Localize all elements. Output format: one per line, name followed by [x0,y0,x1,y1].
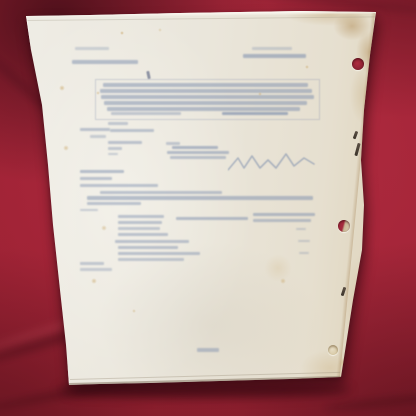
paper-left-edge-highlight [24,16,70,386]
bleed-text-line [118,233,168,236]
bleed-text-line [111,112,181,115]
punch-hole [328,345,338,355]
bleed-text-line [107,107,300,111]
bleed-text-line [118,227,160,230]
punch-hole [352,58,364,70]
bleed-text-line [298,240,310,242]
foxing-spot [63,145,69,151]
photo-frame [0,0,416,416]
bleed-text-line [108,122,128,125]
bleed-text-line [108,141,142,144]
bleed-text-line [104,101,307,105]
bleed-text-line [170,156,226,159]
bleed-text-line [222,112,288,115]
bleed-text-line [80,262,104,265]
bleed-text-line [80,184,158,187]
bleed-text-line [118,221,162,224]
bleed-text-line [100,89,312,93]
bleed-text-line [118,246,178,249]
bleed-text-line [80,209,98,211]
foxing-spot [305,65,309,69]
bleed-text-line [72,60,138,64]
foxing-spot [158,28,162,32]
bleed-text-line [90,135,106,138]
bleed-text-line [80,177,112,180]
foxing-spot [96,91,100,95]
bleed-text-line [172,146,218,149]
bleed-text-line [108,147,122,150]
bleed-text-line [80,128,110,131]
bleed-text-line [108,153,118,155]
document-paper-wrap [0,0,416,416]
bleed-text-line [167,151,229,154]
bleed-text-line [87,196,313,200]
signature-squiggle-bleed [228,148,320,174]
bleed-text-line [197,348,219,352]
bleed-text-line [87,202,141,205]
bleed-text-line [296,228,306,230]
bleed-text-line [253,213,315,216]
foxing-spot [339,358,349,368]
staple [353,131,358,139]
bleed-text-line [176,217,248,220]
bleed-text-line [118,252,200,255]
document-paper [0,0,416,416]
bleed-text-line [253,219,311,222]
foxing-spot [258,92,262,96]
bleed-text-line [80,170,124,173]
bleed-text-line [80,268,112,271]
bleed-text-line [243,54,306,58]
bleed-text-line [118,215,164,218]
foxing-spot [59,85,65,91]
bleed-text-line [299,252,309,254]
bleed-text-line [110,129,154,132]
bleed-text-line [75,47,109,50]
small-ink-mark [146,71,151,79]
foxing-spot [91,278,97,284]
bleed-text-line [118,258,184,261]
bleed-text-line [166,142,180,145]
bleed-text-line [103,83,308,87]
foxing-spot [120,31,124,35]
bleed-text-line [100,191,222,194]
foxing-spot [101,225,107,231]
bleed-text-line [101,95,314,99]
bleed-text-line [252,47,292,50]
foxing-spot [264,254,292,282]
bleed-text-line [115,240,189,243]
foxing-spot [132,309,136,313]
punch-hole [338,220,350,232]
